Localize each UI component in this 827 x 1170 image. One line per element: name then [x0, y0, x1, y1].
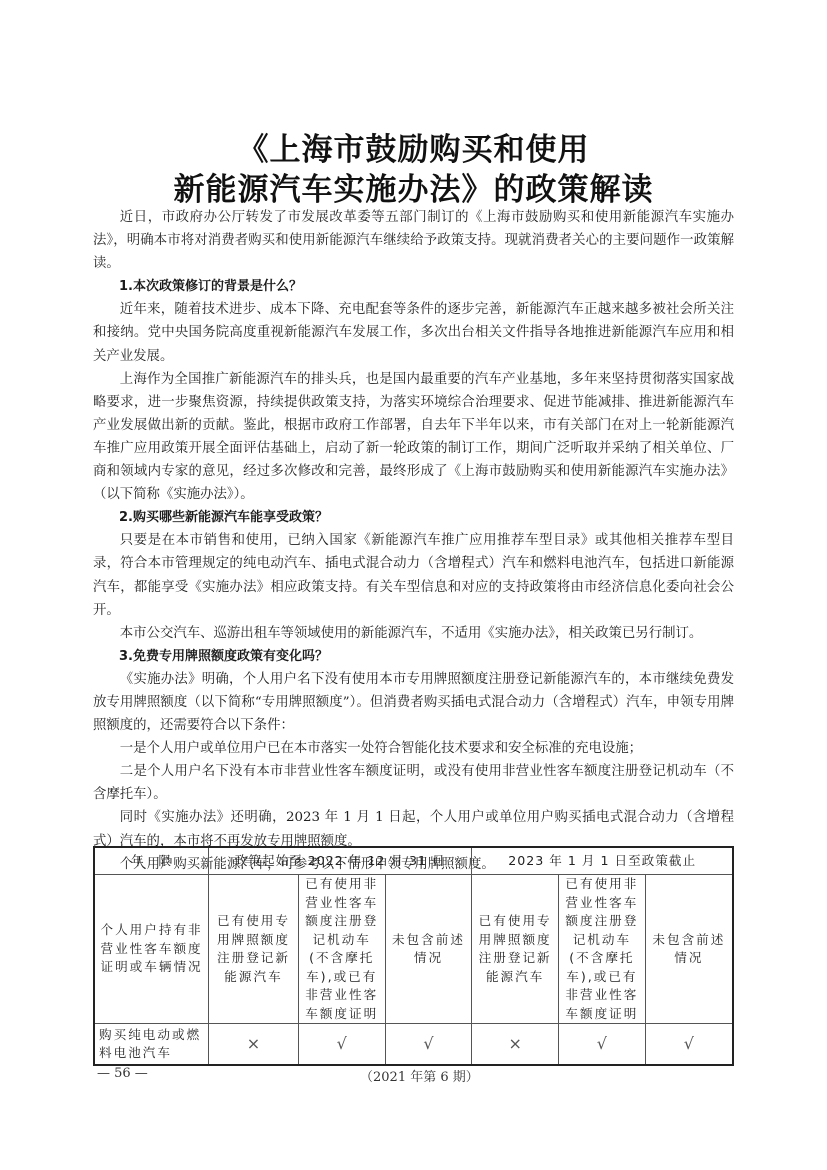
license-quota-table: 年 限 政策起始至 2022 年 12 月 31 日 2023 年 1 月 1 … — [93, 846, 734, 1066]
header-period-1: 政策起始至 2022 年 12 月 31 日 — [209, 847, 472, 875]
document-title-line-2: 新能源汽车实施办法》的政策解读 — [0, 164, 827, 209]
page-number: — 56 — — [97, 1066, 148, 1081]
header-period-label: 年 限 — [94, 847, 209, 875]
situation-row-label: 个人用户持有非营业性客车额度证明或车辆情况 — [94, 875, 209, 1024]
question-heading-1: 1.本次政策修订的背景是什么？ — [93, 275, 734, 298]
table-situation-row: 个人用户持有非营业性客车额度证明或车辆情况 已有使用专用牌照额度注册登记新能源汽… — [94, 875, 733, 1024]
table-header-row: 年 限 政策起始至 2022 年 12 月 31 日 2023 年 1 月 1 … — [94, 847, 733, 875]
check-mark-icon: √ — [645, 1024, 733, 1066]
question-heading-3: 3.免费专用牌照额度政策有变化吗？ — [93, 645, 734, 668]
cross-mark-icon: × — [209, 1024, 299, 1066]
check-mark-icon: √ — [298, 1024, 385, 1066]
table-row: 购买纯电动或燃料电池汽车 × √ √ × √ √ — [94, 1024, 733, 1066]
situation-cell: 未包含前述情况 — [645, 875, 733, 1024]
paragraph: 上海作为全国推广新能源汽车的排头兵，也是国内最重要的汽车产业基地，多年来坚持贯彻… — [93, 368, 734, 507]
paragraph: 只要是在本市销售和使用，已纳入国家《新能源汽车推广应用推荐车型目录》或其他相关推… — [93, 529, 734, 621]
paragraph: 《实施办法》明确，个人用户名下没有使用本市专用牌照额度注册登记新能源汽车的，本市… — [93, 668, 734, 737]
paragraph: 一是个人用户或单位用户已在本市落实一处符合智能化技术要求和安全标准的充电设施； — [93, 737, 734, 760]
paragraph-intro: 近日，市政府办公厅转发了市发展改革委等五部门制订的《上海市鼓励购买和使用新能源汽… — [93, 206, 734, 275]
situation-cell: 已有使用专用牌照额度注册登记新能源汽车 — [209, 875, 299, 1024]
issue-label: （2021 年第 6 期） — [360, 1066, 479, 1085]
cross-mark-icon: × — [472, 1024, 559, 1066]
situation-cell: 已有使用专用牌照额度注册登记新能源汽车 — [472, 875, 559, 1024]
question-heading-2: 2.购买哪些新能源汽车能享受政策？ — [93, 506, 734, 529]
article-body: 近日，市政府办公厅转发了市发展改革委等五部门制订的《上海市鼓励购买和使用新能源汽… — [93, 206, 734, 876]
situation-cell: 未包含前述情况 — [385, 875, 472, 1024]
check-mark-icon: √ — [385, 1024, 472, 1066]
check-mark-icon: √ — [559, 1024, 646, 1066]
situation-cell: 已有使用非营业性客车额度注册登记机动车(不含摩托车),或已有非营业性客车额度证明 — [298, 875, 385, 1024]
document-title-line-1: 《上海市鼓励购买和使用 — [0, 124, 827, 169]
header-period-2: 2023 年 1 月 1 日至政策截止 — [472, 847, 733, 875]
situation-cell: 已有使用非营业性客车额度注册登记机动车(不含摩托车),或已有非营业性客车额度证明 — [559, 875, 646, 1024]
paragraph: 本市公交汽车、巡游出租车等领域使用的新能源汽车，不适用《实施办法》，相关政策已另… — [93, 622, 734, 645]
paragraph: 二是个人用户名下没有本市非营业性客车额度证明，或没有使用非营业性客车额度注册登记… — [93, 760, 734, 806]
paragraph: 近年来，随着技术进步、成本下降、充电配套等条件的逐步完善，新能源汽车正越来越多被… — [93, 298, 734, 367]
row-label: 购买纯电动或燃料电池汽车 — [94, 1024, 209, 1066]
